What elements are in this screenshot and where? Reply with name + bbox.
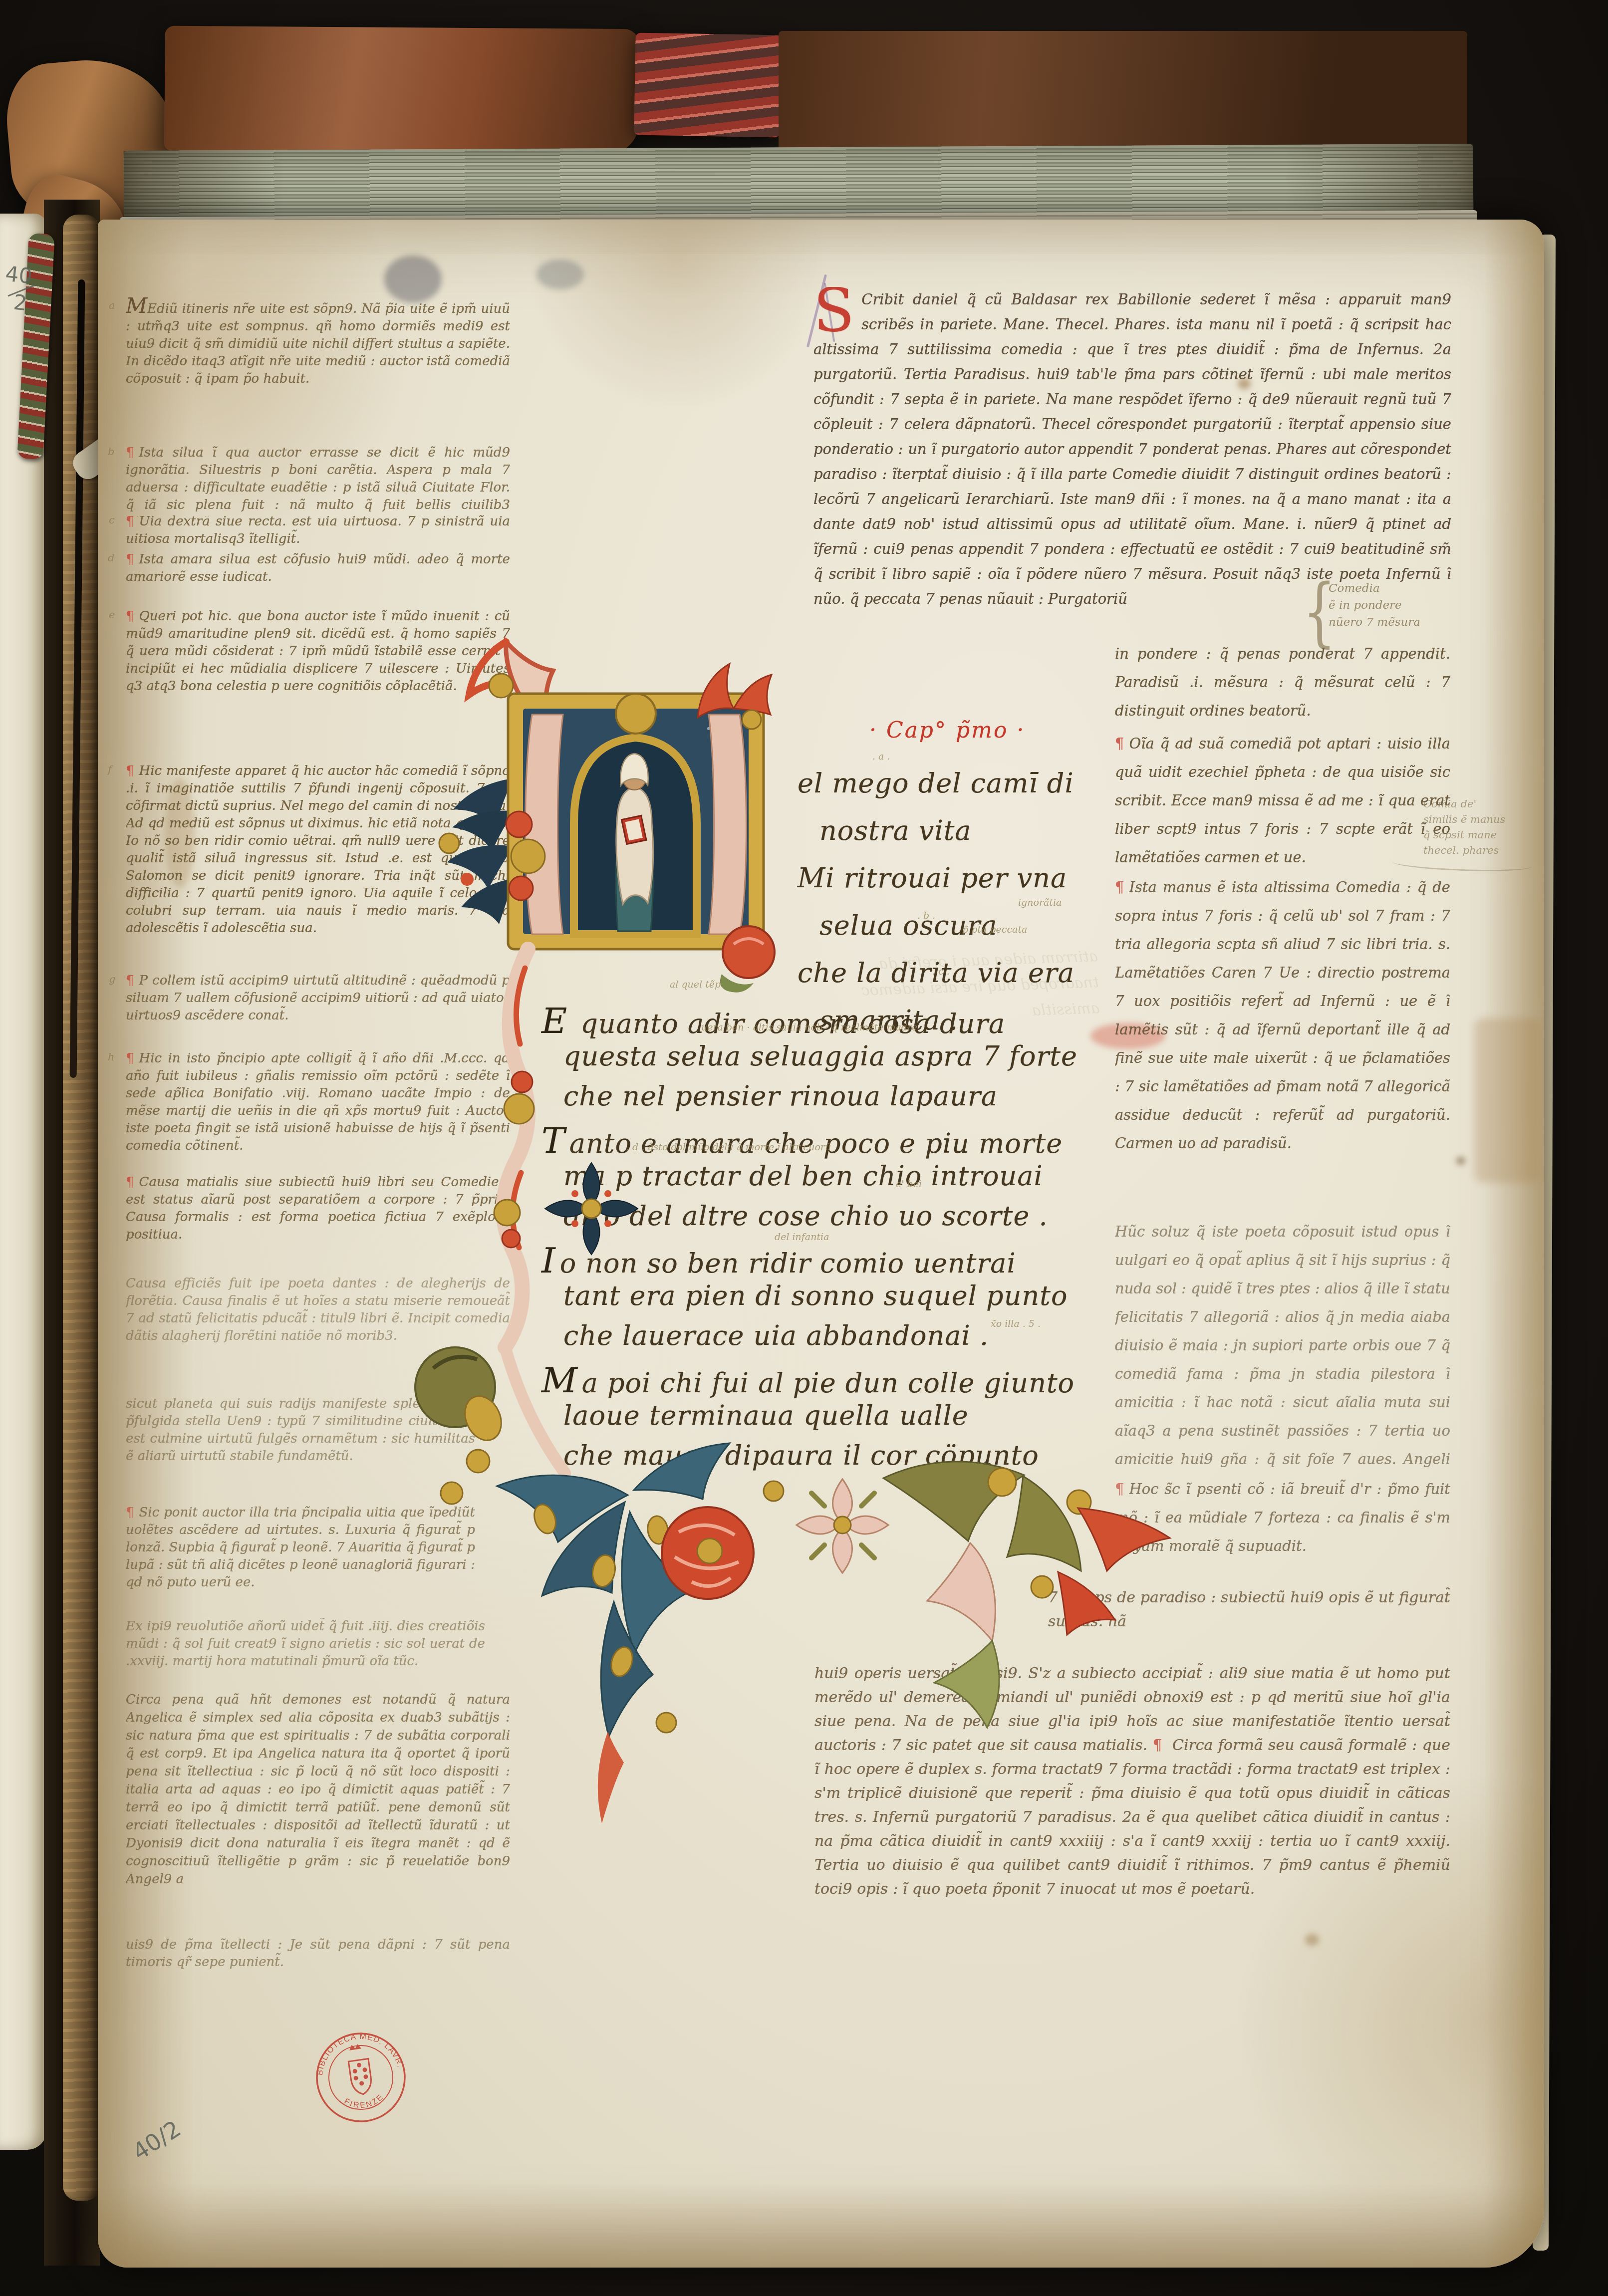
commentary-left-3: ¶Uia dextra siue recta. est uia uirtuosa… xyxy=(126,513,510,550)
margin-letter-a: a xyxy=(109,299,115,311)
margin-letter-e: e xyxy=(109,609,115,621)
stamp-text-top: BIBLIOTECA MED. LAVR. xyxy=(313,2030,405,2080)
stamp-palle-icon xyxy=(352,2062,369,2087)
red-bloom-icon xyxy=(662,1507,754,1599)
acanthus-bottom-cluster xyxy=(441,1443,1170,1823)
tape-stain xyxy=(1475,1018,1540,1183)
faded-initial: M xyxy=(126,297,147,318)
folio-mark-top: 40 2 xyxy=(1,263,39,315)
margin-letter-g: g xyxy=(109,973,115,985)
red-initial-S: S xyxy=(813,287,861,335)
manuscript-photo: 40 2 atirram aideq auq i orefni da tnadr… xyxy=(0,0,1608,2296)
gold-roundel-icon xyxy=(616,694,656,734)
margin-note-pondere: Comedia ẽ in pondere nũero 7 mẽsura xyxy=(1329,580,1458,631)
pilcrow-icon: ¶ xyxy=(126,609,139,624)
olive-leaf-cluster-icon xyxy=(883,1462,1091,1728)
margin-letter-h: h xyxy=(108,1051,115,1063)
ink-smudge xyxy=(384,255,442,303)
commentary-left-2: ¶Ista silua ĩ qua auctor errasse se dici… xyxy=(126,444,510,516)
margin-letter-f: f xyxy=(108,764,112,775)
margin-letter-b: b xyxy=(108,446,114,458)
cascade-ornament xyxy=(415,949,565,1473)
pilcrow-icon: ¶ xyxy=(126,445,139,460)
commentary-left-1: MEdiũ itineris nr̃e uite est sõpn9. Nã p… xyxy=(126,297,510,402)
brown-spot-2 xyxy=(1456,1157,1465,1165)
red-book-icon xyxy=(621,815,646,844)
margin-note-ezechiel: Com̃ia de' similis ẽ manus q̃ scpsit man… xyxy=(1423,796,1543,858)
star-flower-dark-icon xyxy=(545,1163,638,1255)
library-stamp: BIBLIOTECA MED. LAVR. FIRENZE xyxy=(313,2030,408,2125)
illumination-artwork xyxy=(409,619,1218,1876)
pilcrow-icon: ¶ xyxy=(126,1051,139,1066)
svg-text:FIRENZE: FIRENZE xyxy=(342,2092,387,2113)
palmette-left-icon xyxy=(439,778,515,924)
stamp-text-bottom: FIRENZE xyxy=(342,2092,387,2113)
endband-textile-top xyxy=(634,32,782,137)
robed-figure-with-book xyxy=(616,754,653,931)
red-tail-icon xyxy=(598,1732,624,1823)
facing-page-sliver xyxy=(0,214,47,2150)
commentary-left-15: uis9 de p̃ma ĩtellecti : Je sũt pena dãp… xyxy=(126,1936,510,1976)
illuminated-initial-N xyxy=(506,664,775,993)
commentary-left-4: ¶Ista amara silua est cõfusio hui9 mũdi.… xyxy=(126,551,510,588)
folio-top-numerator: 40 xyxy=(4,261,33,288)
pink-star-flower-icon xyxy=(797,1479,888,1573)
pilcrow-icon: ¶ xyxy=(126,1505,139,1520)
svg-text:BIBLIOTECA MED. LAVR.: BIBLIOTECA MED. LAVR. xyxy=(313,2030,405,2080)
pilcrow-icon: ¶ xyxy=(126,1175,139,1190)
leather-cover-top xyxy=(164,26,639,154)
red-dart-flourish-icon xyxy=(1058,1508,1170,1635)
margin-letter-c: c xyxy=(109,514,115,526)
pilcrow-icon: ¶ xyxy=(126,764,139,778)
pilcrow-icon: ¶ xyxy=(126,514,139,529)
pilcrow-icon: ¶ xyxy=(126,552,139,567)
margin-letter-d: d xyxy=(108,552,114,564)
leather-cover-top-right xyxy=(779,31,1467,151)
bottom-right-red-ball-icon xyxy=(720,926,775,993)
commentary-right-top: SCribit daniel q̃ cũ Baldasar rex Babill… xyxy=(813,287,1451,624)
pilcrow-icon: ¶ xyxy=(126,973,139,988)
gray-smudge xyxy=(536,259,584,289)
